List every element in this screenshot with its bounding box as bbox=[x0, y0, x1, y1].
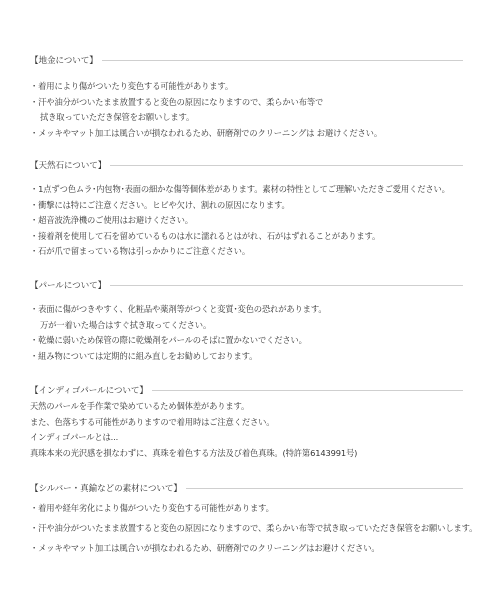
section-heading-row: 【天然石について】 bbox=[30, 158, 463, 172]
section-title: 【天然石について】 bbox=[30, 159, 106, 171]
list-item: ・汗や油分がついたまま放置すると変色の原因になりますので、柔らかい布等で拭き取っ… bbox=[30, 518, 463, 538]
divider-line bbox=[102, 60, 463, 61]
section-title: 【地金について】 bbox=[30, 54, 98, 66]
list-item: ・接着剤を使用して石を留めているものは水に濡れるとはがれ、石がはずれることがあり… bbox=[30, 229, 463, 245]
list-item: ・超音波洗浄機のご使用はお避けください。 bbox=[30, 213, 463, 229]
section-title: 【インディゴパールについて】 bbox=[30, 384, 148, 396]
section-heading-row: 【シルバー・真鍮などの素材について】 bbox=[30, 481, 463, 495]
paragraph-line: インディゴパールとは... bbox=[30, 430, 463, 446]
list-item: ・メッキやマット加工は風合いが損なわれるため、研磨剤でのクリーニングはお避けくだ… bbox=[30, 538, 463, 558]
section-heading-row: 【地金について】 bbox=[30, 53, 463, 67]
section-natural-stone: 【天然石について】 ・1点ずつ色ムラ･内包物･表面の細かな傷等個体差があります。… bbox=[30, 158, 463, 260]
paragraph-line: 真珠本来の光沢感を損なわずに、真珠を着色する方法及び着色真珠。(特許第61439… bbox=[30, 446, 463, 462]
paragraph-line: 天然のパールを手作業で染めているため個体差があります。 bbox=[30, 399, 463, 415]
list-item: ・汗や油分がついたまま放置すると変色の原因になりますので、柔らかい布等で bbox=[30, 95, 463, 111]
section-title: 【シルバー・真鍮などの素材について】 bbox=[30, 482, 182, 494]
divider-line bbox=[110, 165, 463, 166]
list-item: ・表面に傷がつきやすく、化粧品や薬剤等がつくと変質･変色の恐れがあります。 bbox=[30, 302, 463, 318]
section-pearl: 【パールについて】 ・表面に傷がつきやすく、化粧品や薬剤等がつくと変質･変色の恐… bbox=[30, 278, 463, 364]
section-heading-row: 【インディゴパールについて】 bbox=[30, 383, 463, 397]
section-heading-row: 【パールについて】 bbox=[30, 278, 463, 292]
list-item-continuation: 万が一着いた場合はすぐ拭き取ってください。 bbox=[30, 318, 463, 334]
list-item-continuation: 拭き取っていただき保管をお願いします。 bbox=[30, 110, 463, 126]
list-item: ・衝撃には特にご注意ください。ヒビや欠け、割れの原因になります。 bbox=[30, 198, 463, 214]
divider-line bbox=[152, 390, 463, 391]
list-item: ・組み物については定期的に組み直しをお勧めしております。 bbox=[30, 349, 463, 365]
section-indigo-pearl: 【インディゴパールについて】 天然のパールを手作業で染めているため個体差がありま… bbox=[30, 383, 463, 461]
paragraph-line: また、色落ちする可能性がありますので着用時はご注意ください。 bbox=[30, 415, 463, 431]
section-silver-brass: 【シルバー・真鍮などの素材について】 ・着用や経年劣化により傷がついたり変色する… bbox=[30, 481, 463, 558]
list-item: ・着用により傷がついたり変色する可能性があります。 bbox=[30, 79, 463, 95]
divider-line bbox=[110, 285, 463, 286]
list-item: ・石が爪で留まっている物は引っかかりにご注意ください。 bbox=[30, 244, 463, 260]
section-jigane: 【地金について】 ・着用により傷がついたり変色する可能性があります。 ・汗や油分… bbox=[30, 53, 463, 141]
section-title: 【パールについて】 bbox=[30, 279, 106, 291]
list-item: ・乾燥に弱いため保管の際に乾燥剤をパールのそばに置かないでください。 bbox=[30, 333, 463, 349]
list-item: ・メッキやマット加工は風合いが損なわれるため、研磨剤でのクリーニングは お避けく… bbox=[30, 126, 463, 142]
list-item: ・1点ずつ色ムラ･内包物･表面の細かな傷等個体差があります。素材の特性としてご理… bbox=[30, 182, 463, 198]
divider-line bbox=[186, 488, 463, 489]
list-item: ・着用や経年劣化により傷がついたり変色する可能性があります。 bbox=[30, 498, 463, 518]
